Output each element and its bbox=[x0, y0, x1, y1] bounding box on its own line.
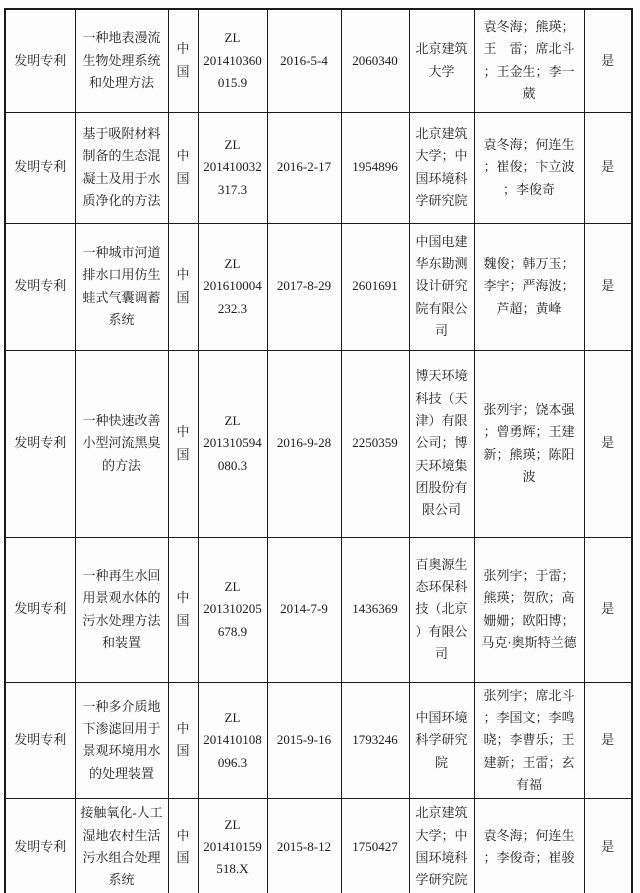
patent-type-cell: 发明专利 bbox=[5, 350, 75, 537]
patent-title-cell: 一种地表漫流生物处理系统和处理方法 bbox=[75, 9, 168, 112]
patent-title-cell: 一种多介质地下渗滤回用于景观环境用水的处理装置 bbox=[75, 682, 168, 799]
country-cell: 中国 bbox=[168, 682, 198, 799]
patent-number-cell: ZL 201610004232.3 bbox=[198, 223, 267, 350]
inventors-cell: 张列宇；席北斗；李国文；李鸣晓；李曹乐；王建新；王雷；玄有福 bbox=[474, 682, 584, 799]
patent-type-cell: 发明专利 bbox=[5, 537, 75, 682]
grant-date-cell: 2017-8-29 bbox=[267, 223, 341, 350]
owner-cell: 中国电建华东勘测设计研究院有限公司 bbox=[409, 223, 474, 350]
granted-flag-cell: 是 bbox=[584, 682, 632, 799]
cert-number-cell: 1750427 bbox=[341, 799, 409, 893]
granted-flag-cell: 是 bbox=[584, 223, 632, 350]
cert-number-cell: 2060340 bbox=[341, 9, 409, 112]
granted-flag-cell: 是 bbox=[584, 9, 632, 112]
patent-number-cell: ZL 201410360015.9 bbox=[198, 9, 267, 112]
patent-type-cell: 发明专利 bbox=[5, 223, 75, 350]
table-row: 发明专利 一种快速改善小型河流黑臭的方法 中国 ZL 201310594080.… bbox=[5, 350, 632, 537]
grant-date-cell: 2015-8-12 bbox=[267, 799, 341, 893]
granted-flag-cell: 是 bbox=[584, 112, 632, 223]
patent-number-cell: ZL 201310205678.9 bbox=[198, 537, 267, 682]
country-cell: 中国 bbox=[168, 112, 198, 223]
table-row: 发明专利 一种再生水回用景观水体的污水处理方法和装置 中国 ZL 2013102… bbox=[5, 537, 632, 682]
cert-number-cell: 1954896 bbox=[341, 112, 409, 223]
patent-title-cell: 一种再生水回用景观水体的污水处理方法和装置 bbox=[75, 537, 168, 682]
patent-number-cell: ZL 201410159518.X bbox=[198, 799, 267, 893]
inventors-cell: 袁冬海；熊瑛；王 雷；席北斗；王金生；李一葳 bbox=[474, 9, 584, 112]
country-cell: 中国 bbox=[168, 223, 198, 350]
patent-type-cell: 发明专利 bbox=[5, 9, 75, 112]
granted-flag-cell: 是 bbox=[584, 799, 632, 893]
patent-table: 发明专利 一种地表漫流生物处理系统和处理方法 中国 ZL 20141036001… bbox=[4, 8, 633, 893]
cert-number-cell: 2250359 bbox=[341, 350, 409, 537]
patent-title-cell: 接触氧化-人工湿地农村生活污水组合处理系统 bbox=[75, 799, 168, 893]
table-row: 发明专利 一种地表漫流生物处理系统和处理方法 中国 ZL 20141036001… bbox=[5, 9, 632, 112]
owner-cell: 百奥源生态环保科技（北京）有限公司 bbox=[409, 537, 474, 682]
inventors-cell: 魏俊；韩万玉；李宇；严海波；芦超；黄峰 bbox=[474, 223, 584, 350]
table-row: 发明专利 一种城市河道排水口用仿生蛙式气囊调蓄系统 中国 ZL 20161000… bbox=[5, 223, 632, 350]
owner-cell: 中国环境科学研究院 bbox=[409, 682, 474, 799]
grant-date-cell: 2016-2-17 bbox=[267, 112, 341, 223]
patent-type-cell: 发明专利 bbox=[5, 112, 75, 223]
inventors-cell: 张列宇；饶本强；曾勇辉；王建新；熊瑛；陈阳波 bbox=[474, 350, 584, 537]
country-cell: 中国 bbox=[168, 350, 198, 537]
owner-cell: 博天环境科技（天津）有限公司；博天环境集团股份有限公司 bbox=[409, 350, 474, 537]
patent-number-cell: ZL 201410108096.3 bbox=[198, 682, 267, 799]
granted-flag-cell: 是 bbox=[584, 537, 632, 682]
cert-number-cell: 1793246 bbox=[341, 682, 409, 799]
patent-title-cell: 一种城市河道排水口用仿生蛙式气囊调蓄系统 bbox=[75, 223, 168, 350]
inventors-cell: 袁冬海；何连生；李俊奇；崔骏 bbox=[474, 799, 584, 893]
grant-date-cell: 2015-9-16 bbox=[267, 682, 341, 799]
document-page: 发明专利 一种地表漫流生物处理系统和处理方法 中国 ZL 20141036001… bbox=[0, 0, 640, 893]
patent-type-cell: 发明专利 bbox=[5, 682, 75, 799]
patent-title-cell: 一种快速改善小型河流黑臭的方法 bbox=[75, 350, 168, 537]
granted-flag-cell: 是 bbox=[584, 350, 632, 537]
owner-cell: 北京建筑大学；中国环境科学研究院 bbox=[409, 112, 474, 223]
patent-number-cell: ZL 201310594080.3 bbox=[198, 350, 267, 537]
table-row: 发明专利 接触氧化-人工湿地农村生活污水组合处理系统 中国 ZL 2014101… bbox=[5, 799, 632, 893]
inventors-cell: 张列宇；于雷；熊瑛；贺欣；高姗姗；欧阳博；马克·奥斯特兰德 bbox=[474, 537, 584, 682]
grant-date-cell: 2014-7-9 bbox=[267, 537, 341, 682]
grant-date-cell: 2016-9-28 bbox=[267, 350, 341, 537]
patent-title-cell: 基于吸附材料制备的生态混凝土及用于水质净化的方法 bbox=[75, 112, 168, 223]
cert-number-cell: 2601691 bbox=[341, 223, 409, 350]
cert-number-cell: 1436369 bbox=[341, 537, 409, 682]
country-cell: 中国 bbox=[168, 799, 198, 893]
patent-number-cell: ZL 201410032317.3 bbox=[198, 112, 267, 223]
table-row: 发明专利 基于吸附材料制备的生态混凝土及用于水质净化的方法 中国 ZL 2014… bbox=[5, 112, 632, 223]
inventors-cell: 袁冬海；何连生；崔俊；卞立波；李俊奇 bbox=[474, 112, 584, 223]
patent-type-cell: 发明专利 bbox=[5, 799, 75, 893]
patent-table-body: 发明专利 一种地表漫流生物处理系统和处理方法 中国 ZL 20141036001… bbox=[5, 9, 632, 893]
country-cell: 中国 bbox=[168, 537, 198, 682]
table-row: 发明专利 一种多介质地下渗滤回用于景观环境用水的处理装置 中国 ZL 20141… bbox=[5, 682, 632, 799]
owner-cell: 北京建筑大学；中国环境科学研究院 bbox=[409, 799, 474, 893]
grant-date-cell: 2016-5-4 bbox=[267, 9, 341, 112]
owner-cell: 北京建筑大学 bbox=[409, 9, 474, 112]
country-cell: 中国 bbox=[168, 9, 198, 112]
